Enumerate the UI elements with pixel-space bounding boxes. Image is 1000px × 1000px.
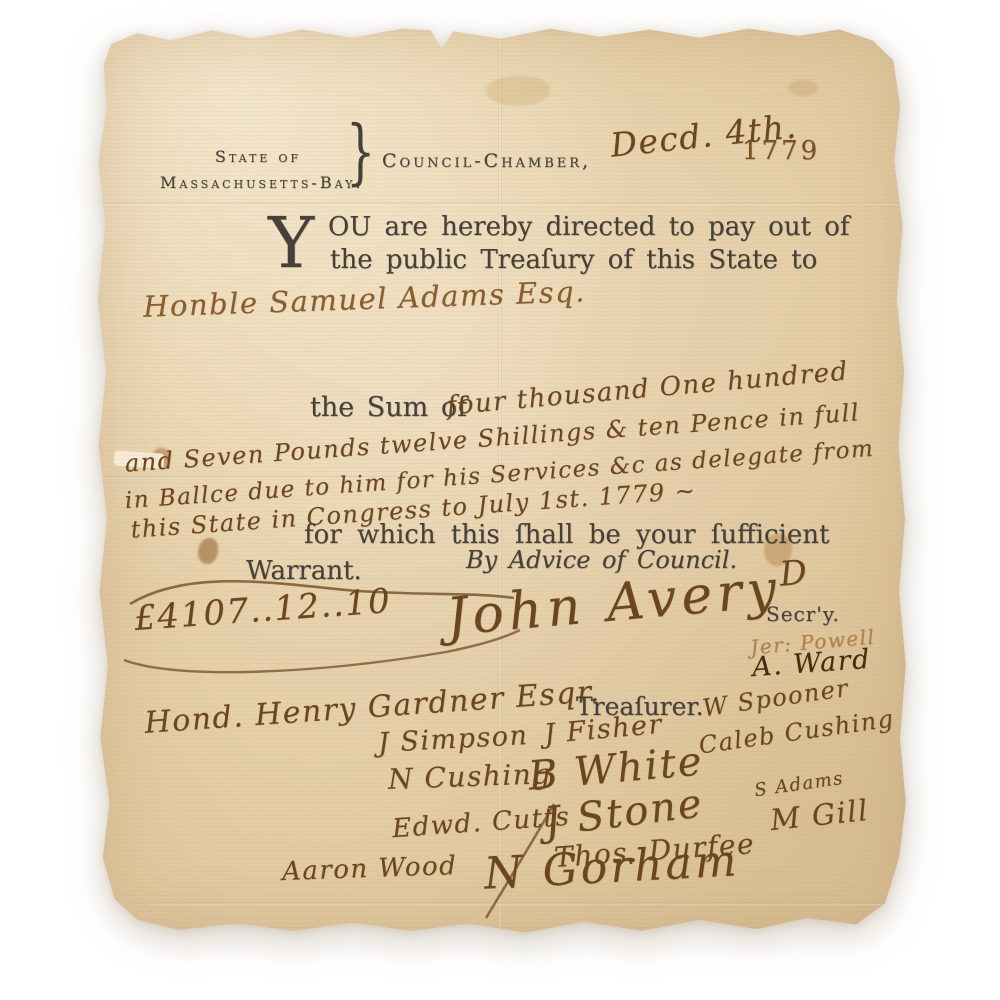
payee-line: Honble Samuel Adams Esq. bbox=[143, 274, 587, 323]
opening-line-1: OU are hereby directed to pay out of bbox=[328, 212, 850, 242]
signature-avery-suffix: D bbox=[778, 552, 814, 595]
dropcap-Y: Y bbox=[268, 208, 314, 278]
sum-label: the Sum of bbox=[310, 392, 467, 423]
header-council-chamber: Council-Chamber, bbox=[382, 150, 591, 172]
signature-m-gill: M Gill bbox=[768, 793, 870, 837]
header-brace: } bbox=[346, 109, 375, 193]
photo-stage: State of Massachusetts-Bay. } Council-Ch… bbox=[0, 0, 1000, 1000]
warrant-label: Warrant. bbox=[246, 556, 362, 586]
signature-n-gorham: N Gorham bbox=[483, 835, 741, 899]
document-paper: State of Massachusetts-Bay. } Council-Ch… bbox=[88, 24, 914, 940]
treasurer-name: Hond. Henry Gardner Esqr. bbox=[143, 674, 601, 741]
header-state-block: State of Massachusetts-Bay. bbox=[160, 144, 356, 195]
horizontal-crease-top bbox=[88, 202, 914, 205]
signature-j-simpson: J Simpson bbox=[377, 720, 529, 759]
opening-line-2: the public Treaſury of this State to bbox=[330, 245, 817, 275]
header-state-of: State of bbox=[160, 144, 356, 170]
horizontal-crease-bottom bbox=[148, 902, 908, 905]
amount-figures: £4107..12..10 bbox=[133, 581, 393, 639]
signature-aaron-wood: Aaron Wood bbox=[282, 851, 458, 887]
header-massachusetts-bay: Massachusetts-Bay. bbox=[160, 170, 356, 196]
paper-shadow-wrap: State of Massachusetts-Bay. } Council-Ch… bbox=[0, 0, 1000, 1000]
secretary-title: Secr'y. bbox=[766, 602, 840, 626]
foxing-spot-left-lower bbox=[198, 538, 218, 564]
stain-top-center bbox=[486, 76, 550, 106]
year-label: 1779 bbox=[742, 136, 820, 166]
foxing-spot-top-right bbox=[788, 80, 818, 96]
